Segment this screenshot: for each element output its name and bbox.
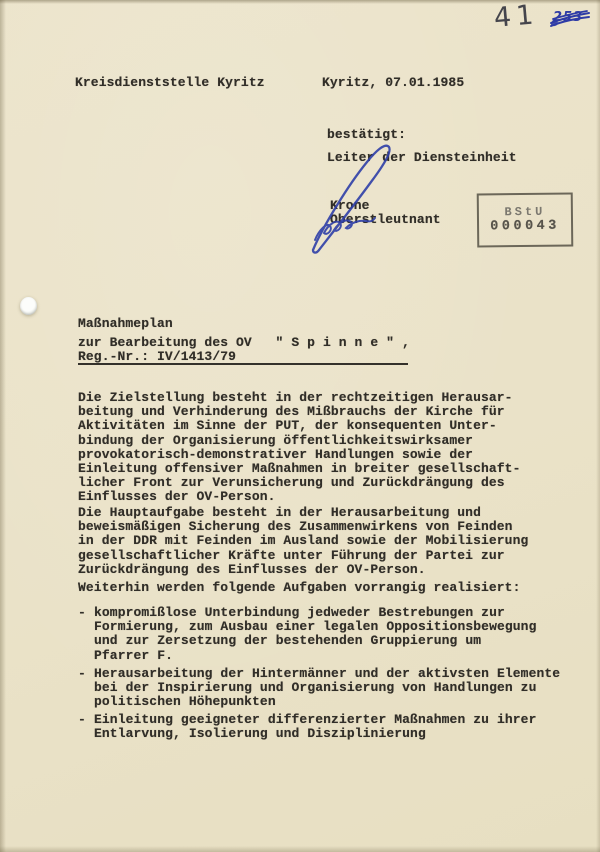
- bullet-text: kompromißlose Unterbindung jedweder Best…: [94, 606, 536, 663]
- bullet-text: Einleitung geeigneter differenzierter Ma…: [94, 713, 536, 741]
- crossed-out-number: 253: [549, 8, 591, 30]
- bullet-dash: -: [78, 713, 94, 727]
- registration-number: Reg.-Nr.: IV/1413/79: [78, 350, 408, 365]
- handwritten-page-number: 41: [493, 0, 540, 34]
- bullet-dash: -: [78, 606, 94, 620]
- list-item: - Herausarbeitung der Hintermänner und d…: [78, 667, 560, 710]
- bullet-text: Herausarbeitung der Hintermänner und der…: [94, 667, 560, 710]
- punch-hole: [20, 297, 37, 315]
- paragraph-objective: Die Zielstellung besteht in der rechtzei…: [78, 391, 520, 505]
- strike-scribble-icon: [549, 8, 591, 30]
- list-item: - Einleitung geeigneter differenzierter …: [78, 713, 536, 741]
- stamp-agency-label: BStU: [504, 206, 545, 218]
- dateline: Kyritz, 07.01.1985: [322, 76, 464, 90]
- task-list-intro: Weiterhin werden folgende Aufgaben vorra…: [78, 581, 520, 595]
- stamp-page-number: 000043: [490, 220, 560, 235]
- list-item: - kompromißlose Unterbindung jedweder Be…: [78, 606, 536, 663]
- office-name: Kreisdienststelle Kyritz: [75, 76, 265, 90]
- paragraph-main-task: Die Hauptaufgabe besteht in der Herausar…: [78, 506, 528, 577]
- document-title: Maßnahmeplan: [78, 317, 173, 331]
- bstu-stamp: BStU 000043: [477, 192, 574, 247]
- document-page: 41 253 Kreisdienststelle Kyritz Kyritz, …: [0, 0, 600, 852]
- signature-scribble: [303, 138, 399, 254]
- bullet-dash: -: [78, 667, 94, 681]
